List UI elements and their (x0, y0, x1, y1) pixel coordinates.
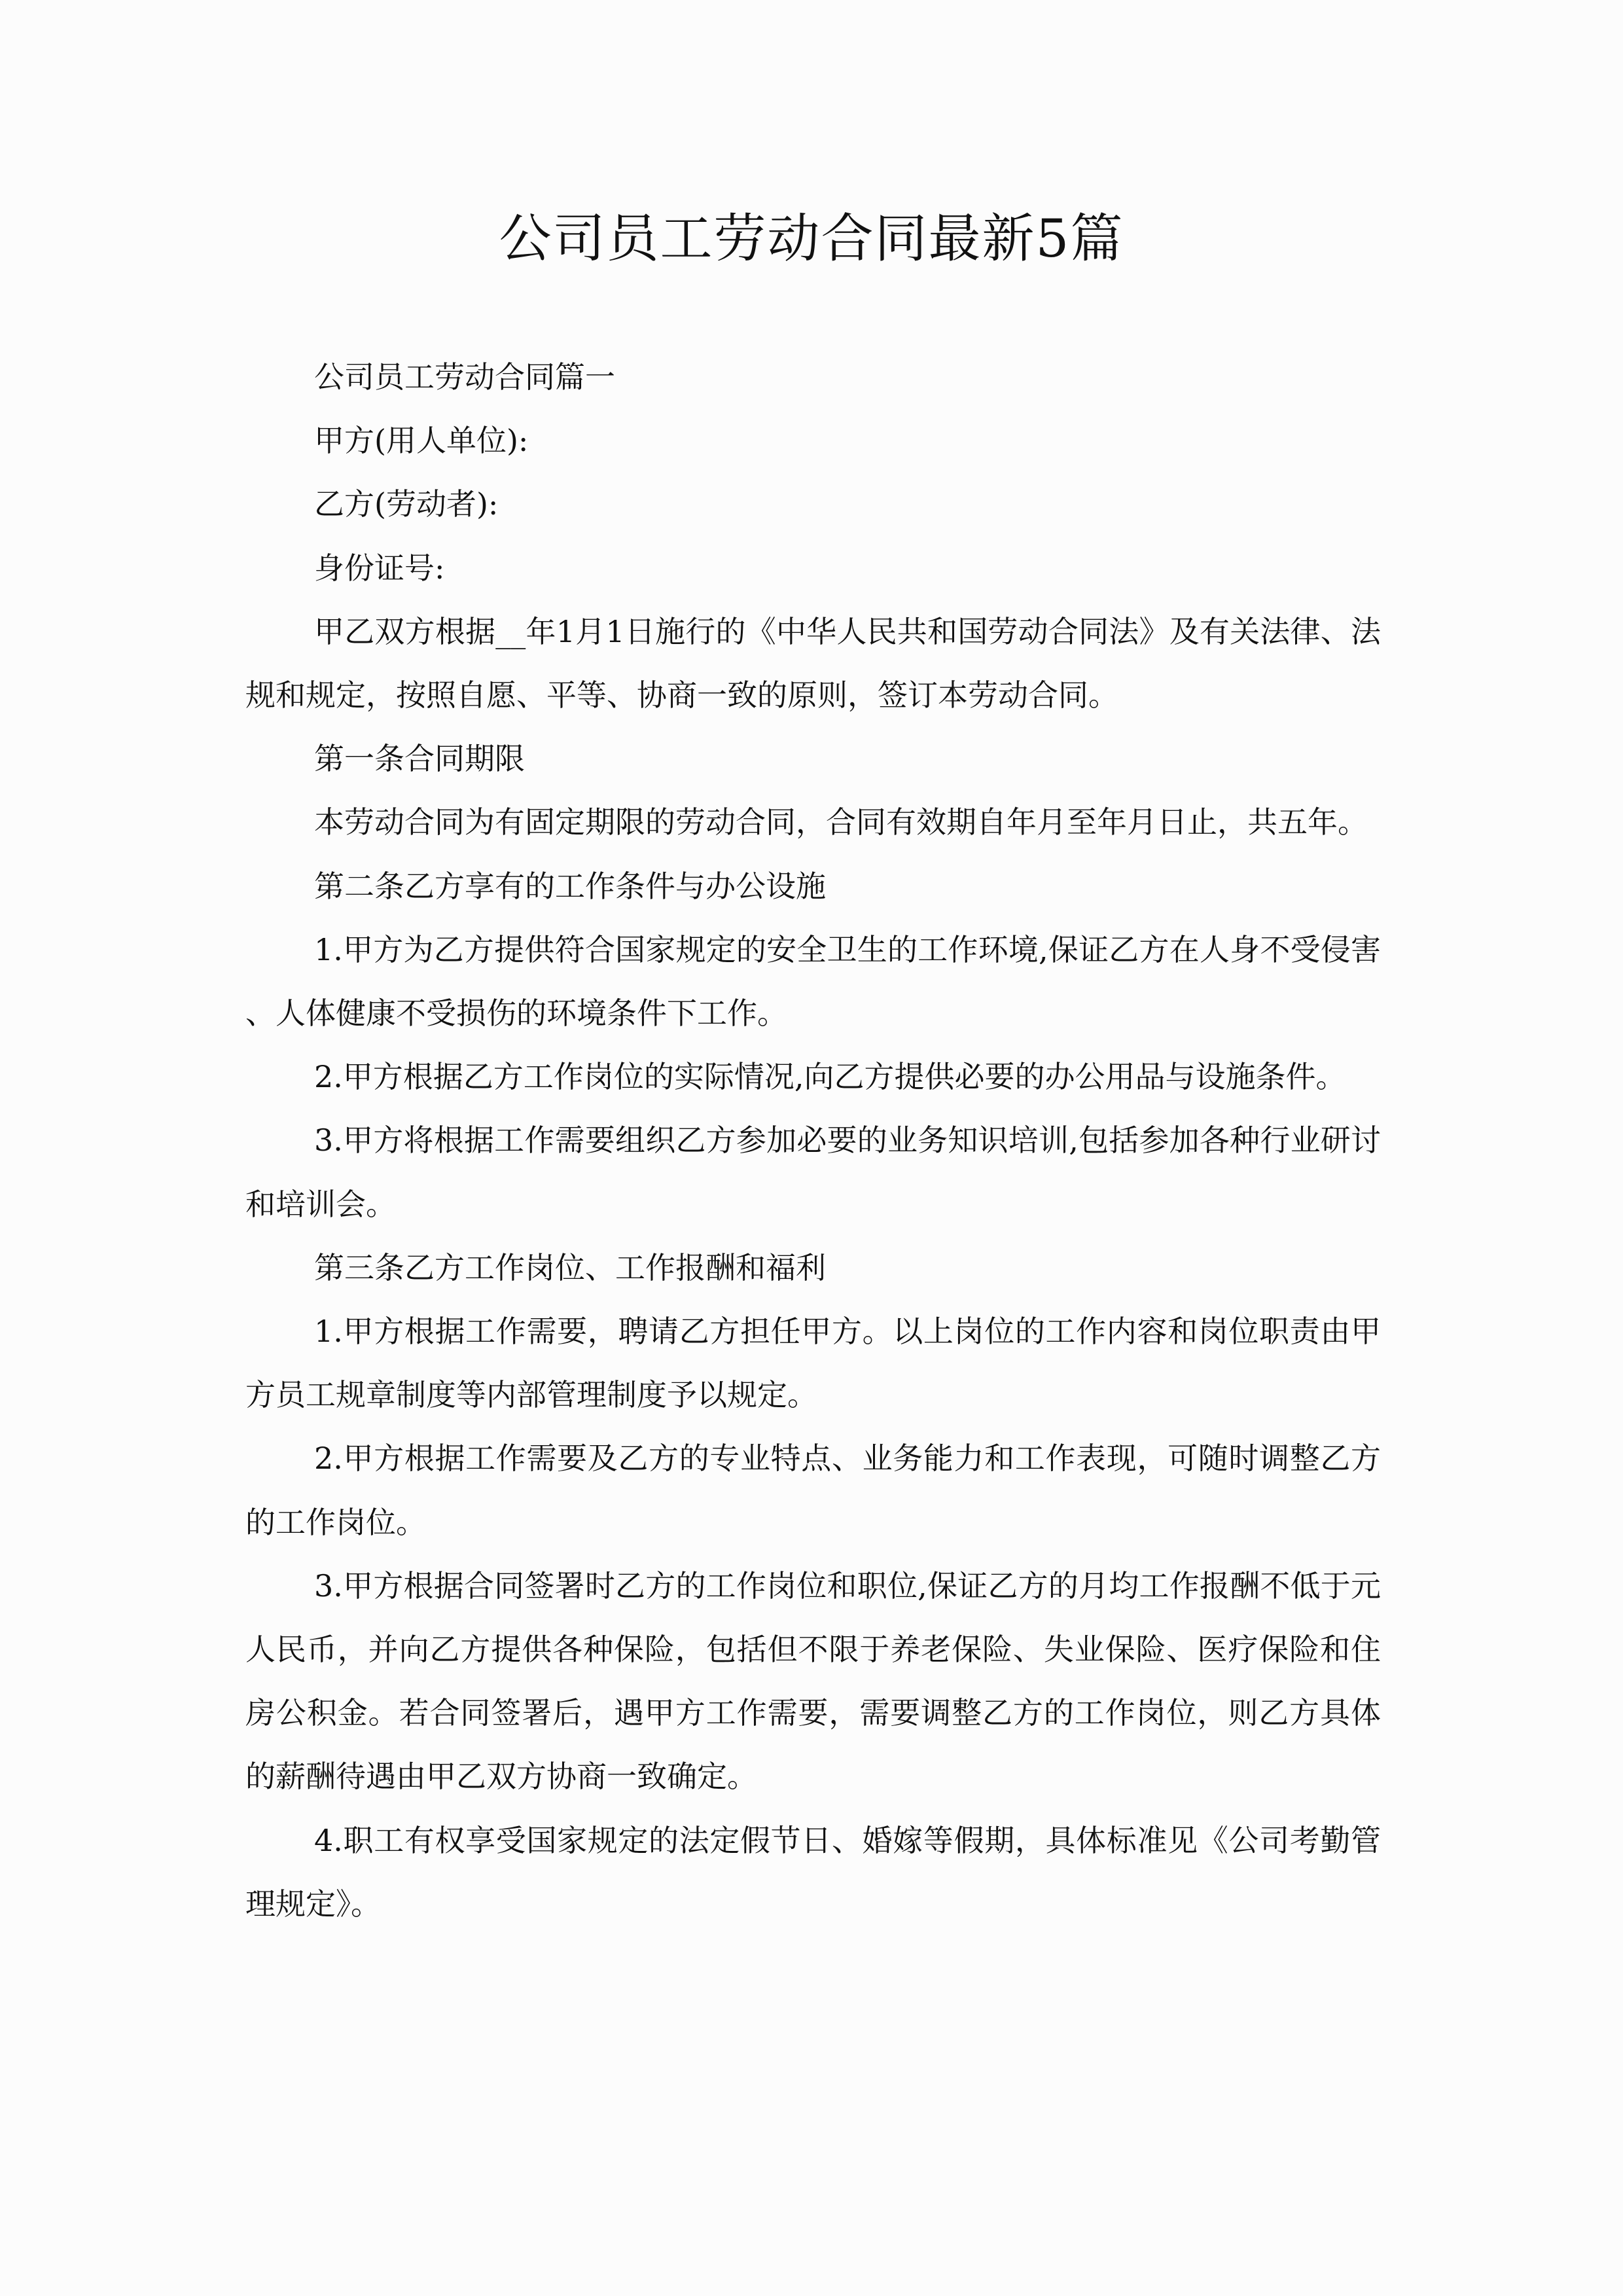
party-b-field: 乙方(劳动者): (245, 473, 1381, 536)
preamble-paragraph: 甲乙双方根据__年1月1日施行的《中华人民共和国劳动合同法》及有关法律、法规和规… (245, 600, 1381, 727)
article-3-heading: 第三条乙方工作岗位、工作报酬和福利 (245, 1236, 1381, 1300)
article-1-paragraph: 本劳动合同为有固定期限的劳动合同，合同有效期自年月至年月日止，共五年。 (245, 791, 1381, 854)
article-2-item-2: 2.甲方根据乙方工作岗位的实际情况,向乙方提供必要的办公用品与设施条件。 (245, 1045, 1381, 1109)
article-2-item-1: 1.甲方为乙方提供符合国家规定的安全卫生的工作环境,保证乙方在人身不受侵害、人体… (245, 918, 1381, 1045)
party-a-field: 甲方(用人单位): (245, 409, 1381, 473)
article-2-heading: 第二条乙方享有的工作条件与办公设施 (245, 855, 1381, 918)
document-body: 公司员工劳动合同篇一 甲方(用人单位): 乙方(劳动者): 身份证号: 甲乙双方… (245, 346, 1381, 1936)
document-page: 公司员工劳动合同最新5篇 公司员工劳动合同篇一 甲方(用人单位): 乙方(劳动者… (0, 0, 1623, 2296)
article-2-item-3: 3.甲方将根据工作需要组织乙方参加必要的业务知识培训,包括参加各种行业研讨和培训… (245, 1109, 1381, 1236)
article-3-item-3: 3.甲方根据合同签署时乙方的工作岗位和职位,保证乙方的月均工作报酬不低于元人民币… (245, 1554, 1381, 1809)
section-heading: 公司员工劳动合同篇一 (245, 346, 1381, 409)
article-1-heading: 第一条合同期限 (245, 727, 1381, 791)
id-number-field: 身份证号: (245, 537, 1381, 600)
article-3-item-1: 1.甲方根据工作需要，聘请乙方担任甲方。以上岗位的工作内容和岗位职责由甲方员工规… (245, 1300, 1381, 1427)
article-3-item-2: 2.甲方根据工作需要及乙方的专业特点、业务能力和工作表现，可随时调整乙方的工作岗… (245, 1427, 1381, 1554)
article-3-item-4: 4.职工有权享受国家规定的法定假节日、婚嫁等假期，具体标准见《公司考勤管理规定》… (245, 1809, 1381, 1936)
document-title: 公司员工劳动合同最新5篇 (0, 200, 1623, 278)
